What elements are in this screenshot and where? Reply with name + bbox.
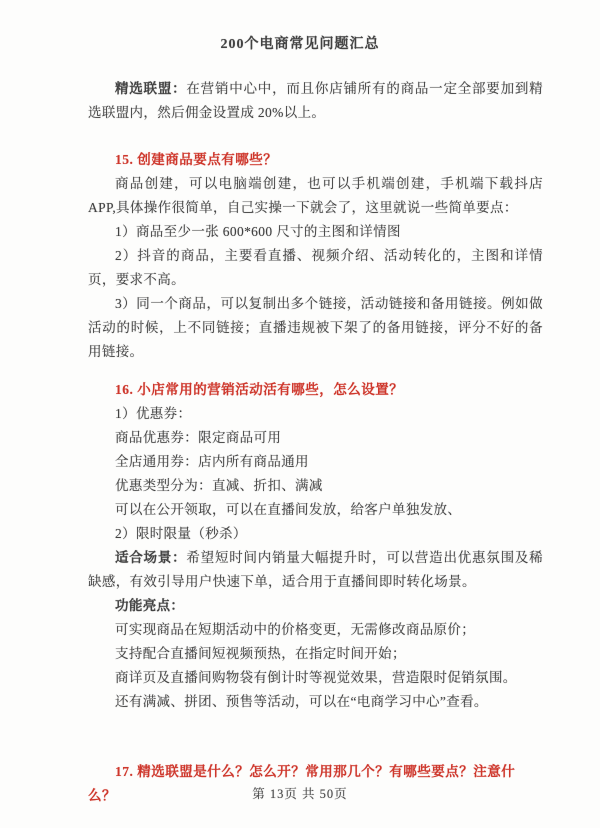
scene-bold-label: 适合场景： <box>115 550 186 565</box>
q16-coupon-line-6: 2）限时限量（秒杀） <box>88 522 543 546</box>
q15-intro: 商品创建，可以电脑端创建，也可以手机端创建，手机端下载抖店 APP,具体操作很简… <box>88 172 543 220</box>
q15-item-1: 1）商品至少一张 600*600 尺寸的主图和详情图 <box>88 220 543 244</box>
q16-feature-line-3: 商详页及直播间购物袋有倒计时等视觉效果，营造限时促销氛围。 <box>88 666 543 690</box>
heading-q16: 16. 小店常用的营销活动活有哪些，怎么设置？ <box>88 378 543 402</box>
paragraph-featured-alliance: 精选联盟：在营销中心中，而且你店铺所有的商品一定全部要加到精选联盟内，然后佣金设… <box>88 77 543 125</box>
document-body: 精选联盟：在营销中心中，而且你店铺所有的商品一定全部要加到精选联盟内，然后佣金设… <box>0 77 600 808</box>
q16-coupon-line-5: 可以在公开领取，可以在直播间发放，给客户单独发放、 <box>88 498 543 522</box>
q16-feature-line-2: 支持配合直播间短视频预热，在指定时间开始； <box>88 642 543 666</box>
document-page: 200个电商常见问题汇总 精选联盟：在营销中心中，而且你店铺所有的商品一定全部要… <box>0 0 600 828</box>
q16-features-label: 功能亮点： <box>88 594 543 618</box>
q16-coupon-line-4: 优惠类型分为：直减、折扣、满减 <box>88 474 543 498</box>
features-bold-label: 功能亮点： <box>115 598 184 613</box>
paragraph-bold-label: 精选联盟： <box>115 81 186 96</box>
q16-coupon-line-3: 全店通用券：店内所有商品通用 <box>88 450 543 474</box>
q15-item-3: 3）同一个商品，可以复制出多个链接，活动链接和备用链接。例如做活动的时候，上不同… <box>88 292 543 364</box>
q16-feature-line-4: 还有满减、拼团、预售等活动，可以在“电商学习中心”查看。 <box>88 690 543 714</box>
q16-coupon-line-2: 商品优惠券：限定商品可用 <box>88 426 543 450</box>
q16-feature-line-1: 可实现商品在短期活动中的价格变更，无需修改商品原价； <box>88 618 543 642</box>
q16-scene-paragraph: 适合场景：希望短时间内销量大幅提升时，可以营造出优惠氛围及稀缺感，有效引导用户快… <box>88 546 543 594</box>
page-number: 第 13页 共 50页 <box>0 784 600 802</box>
document-title: 200个电商常见问题汇总 <box>0 0 600 53</box>
q16-coupon-line-1: 1）优惠券： <box>88 402 543 426</box>
heading-q15: 15. 创建商品要点有哪些？ <box>88 148 543 172</box>
q15-item-2: 2）抖音的商品，主要看直播、视频介绍、活动转化的，主图和详情页，要求不高。 <box>88 244 543 292</box>
